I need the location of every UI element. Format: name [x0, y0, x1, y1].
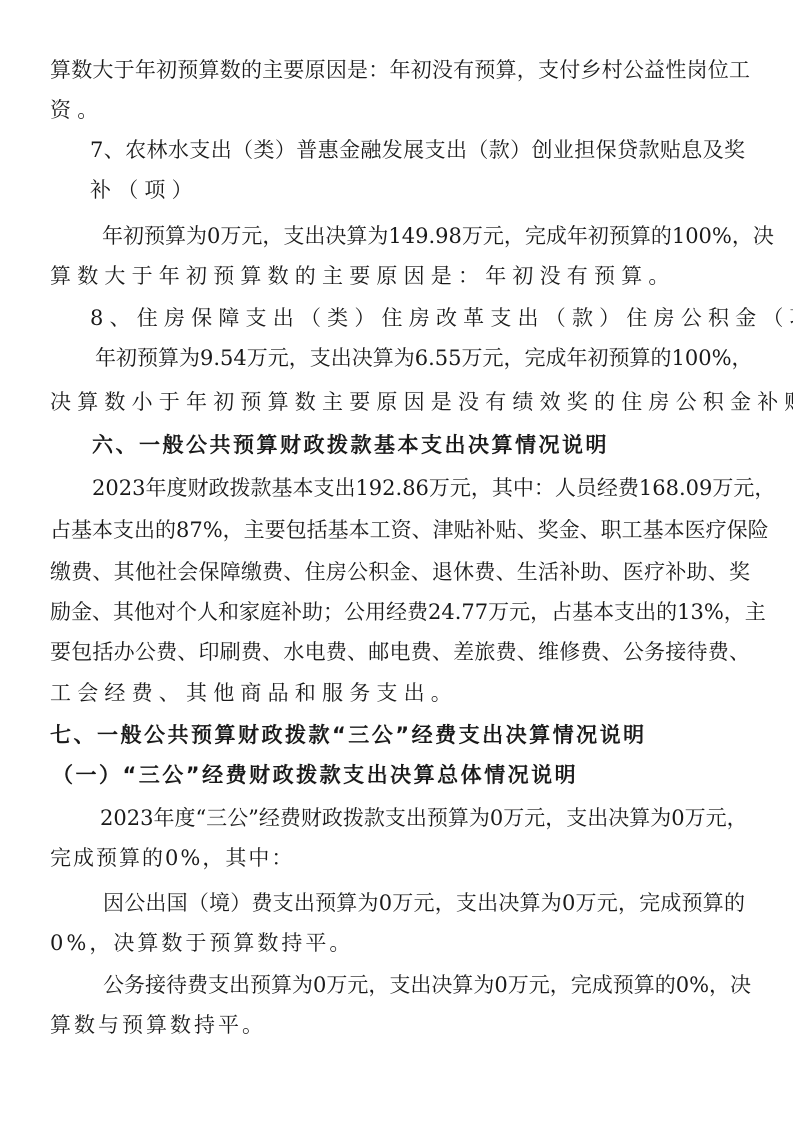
section-6-heading: 六、一般公共预算财政拨款基本支出决算情况说明	[92, 432, 609, 458]
section-6-body: 励金、其他对个人和家庭补助；公用经费24.77万元，占基本支出的13%，主	[50, 599, 750, 625]
paragraph-line: 算数大于年初预算数的主要原因是：年初没有预算，支付乡村公益性岗位工	[50, 57, 750, 83]
document-page: 算数大于年初预算数的主要原因是：年初没有预算，支付乡村公益性岗位工 资。 7、农…	[0, 0, 793, 1122]
item-8-body-cont: 决算数小于年初预算数主要原因是没有绩效奖的住房公积金补贴。	[50, 389, 793, 415]
three-public-summary: 2023年度“三公”经费财政拨款支出预算为0万元，支出决算为0万元，	[100, 805, 745, 831]
section-6-body: 缴费、其他社会保障缴费、住房公积金、退休费、生活补助、医疗补助、奖	[50, 559, 750, 585]
paragraph-line: 资。	[50, 97, 104, 123]
item-7-body: 年初预算为0万元，支出决算为149.98万元，完成年初预算的100%，决	[102, 223, 747, 249]
three-public-summary-cont: 完成预算的0%，其中：	[50, 845, 294, 871]
section-6-body: 2023年度财政拨款基本支出192.86万元，其中：人员经费168.09万元，	[92, 475, 745, 501]
item-8-body: 年初预算为9.54万元，支出决算为6.55万元，完成年初预算的100%，	[95, 345, 740, 371]
reception-expense-text: 公务接待费支出预算为0万元，支出决算为0万元，完成预算的0%，决	[103, 972, 745, 998]
abroad-expense-text: 因公出国（境）费支出预算为0万元，支出决算为0万元，完成预算的	[103, 890, 745, 916]
section-7-heading: 七、一般公共预算财政拨款“三公”经费支出决算情况说明	[50, 722, 647, 748]
item-7-title-cont: 补（项）	[90, 177, 199, 203]
item-8-title: 8、住房保障支出（类）住房改革支出（款）住房公积金（项）	[90, 305, 793, 331]
reception-expense-text-cont: 算数与预算数持平。	[50, 1012, 266, 1038]
section-6-body: 占基本支出的87%，主要包括基本工资、津贴补贴、奖金、职工基本医疗保险	[50, 517, 750, 543]
item-7-title: 7、农林水支出（类）普惠金融发展支出（款）创业担保贷款贴息及奖	[90, 137, 745, 163]
section-7-sub-1-heading: （一）“三公”经费财政拨款支出决算总体情况说明	[52, 762, 578, 788]
section-6-body: 要包括办公费、印刷费、水电费、邮电费、差旅费、维修费、公务接待费、	[50, 639, 750, 665]
section-6-body: 工会经费、其他商品和服务支出。	[50, 680, 458, 706]
abroad-expense-text-cont: 0%，决算数于预算数持平。	[50, 930, 353, 956]
item-7-body-cont: 算数大于年初预算数的主要原因是：年初没有预算。	[50, 263, 676, 289]
